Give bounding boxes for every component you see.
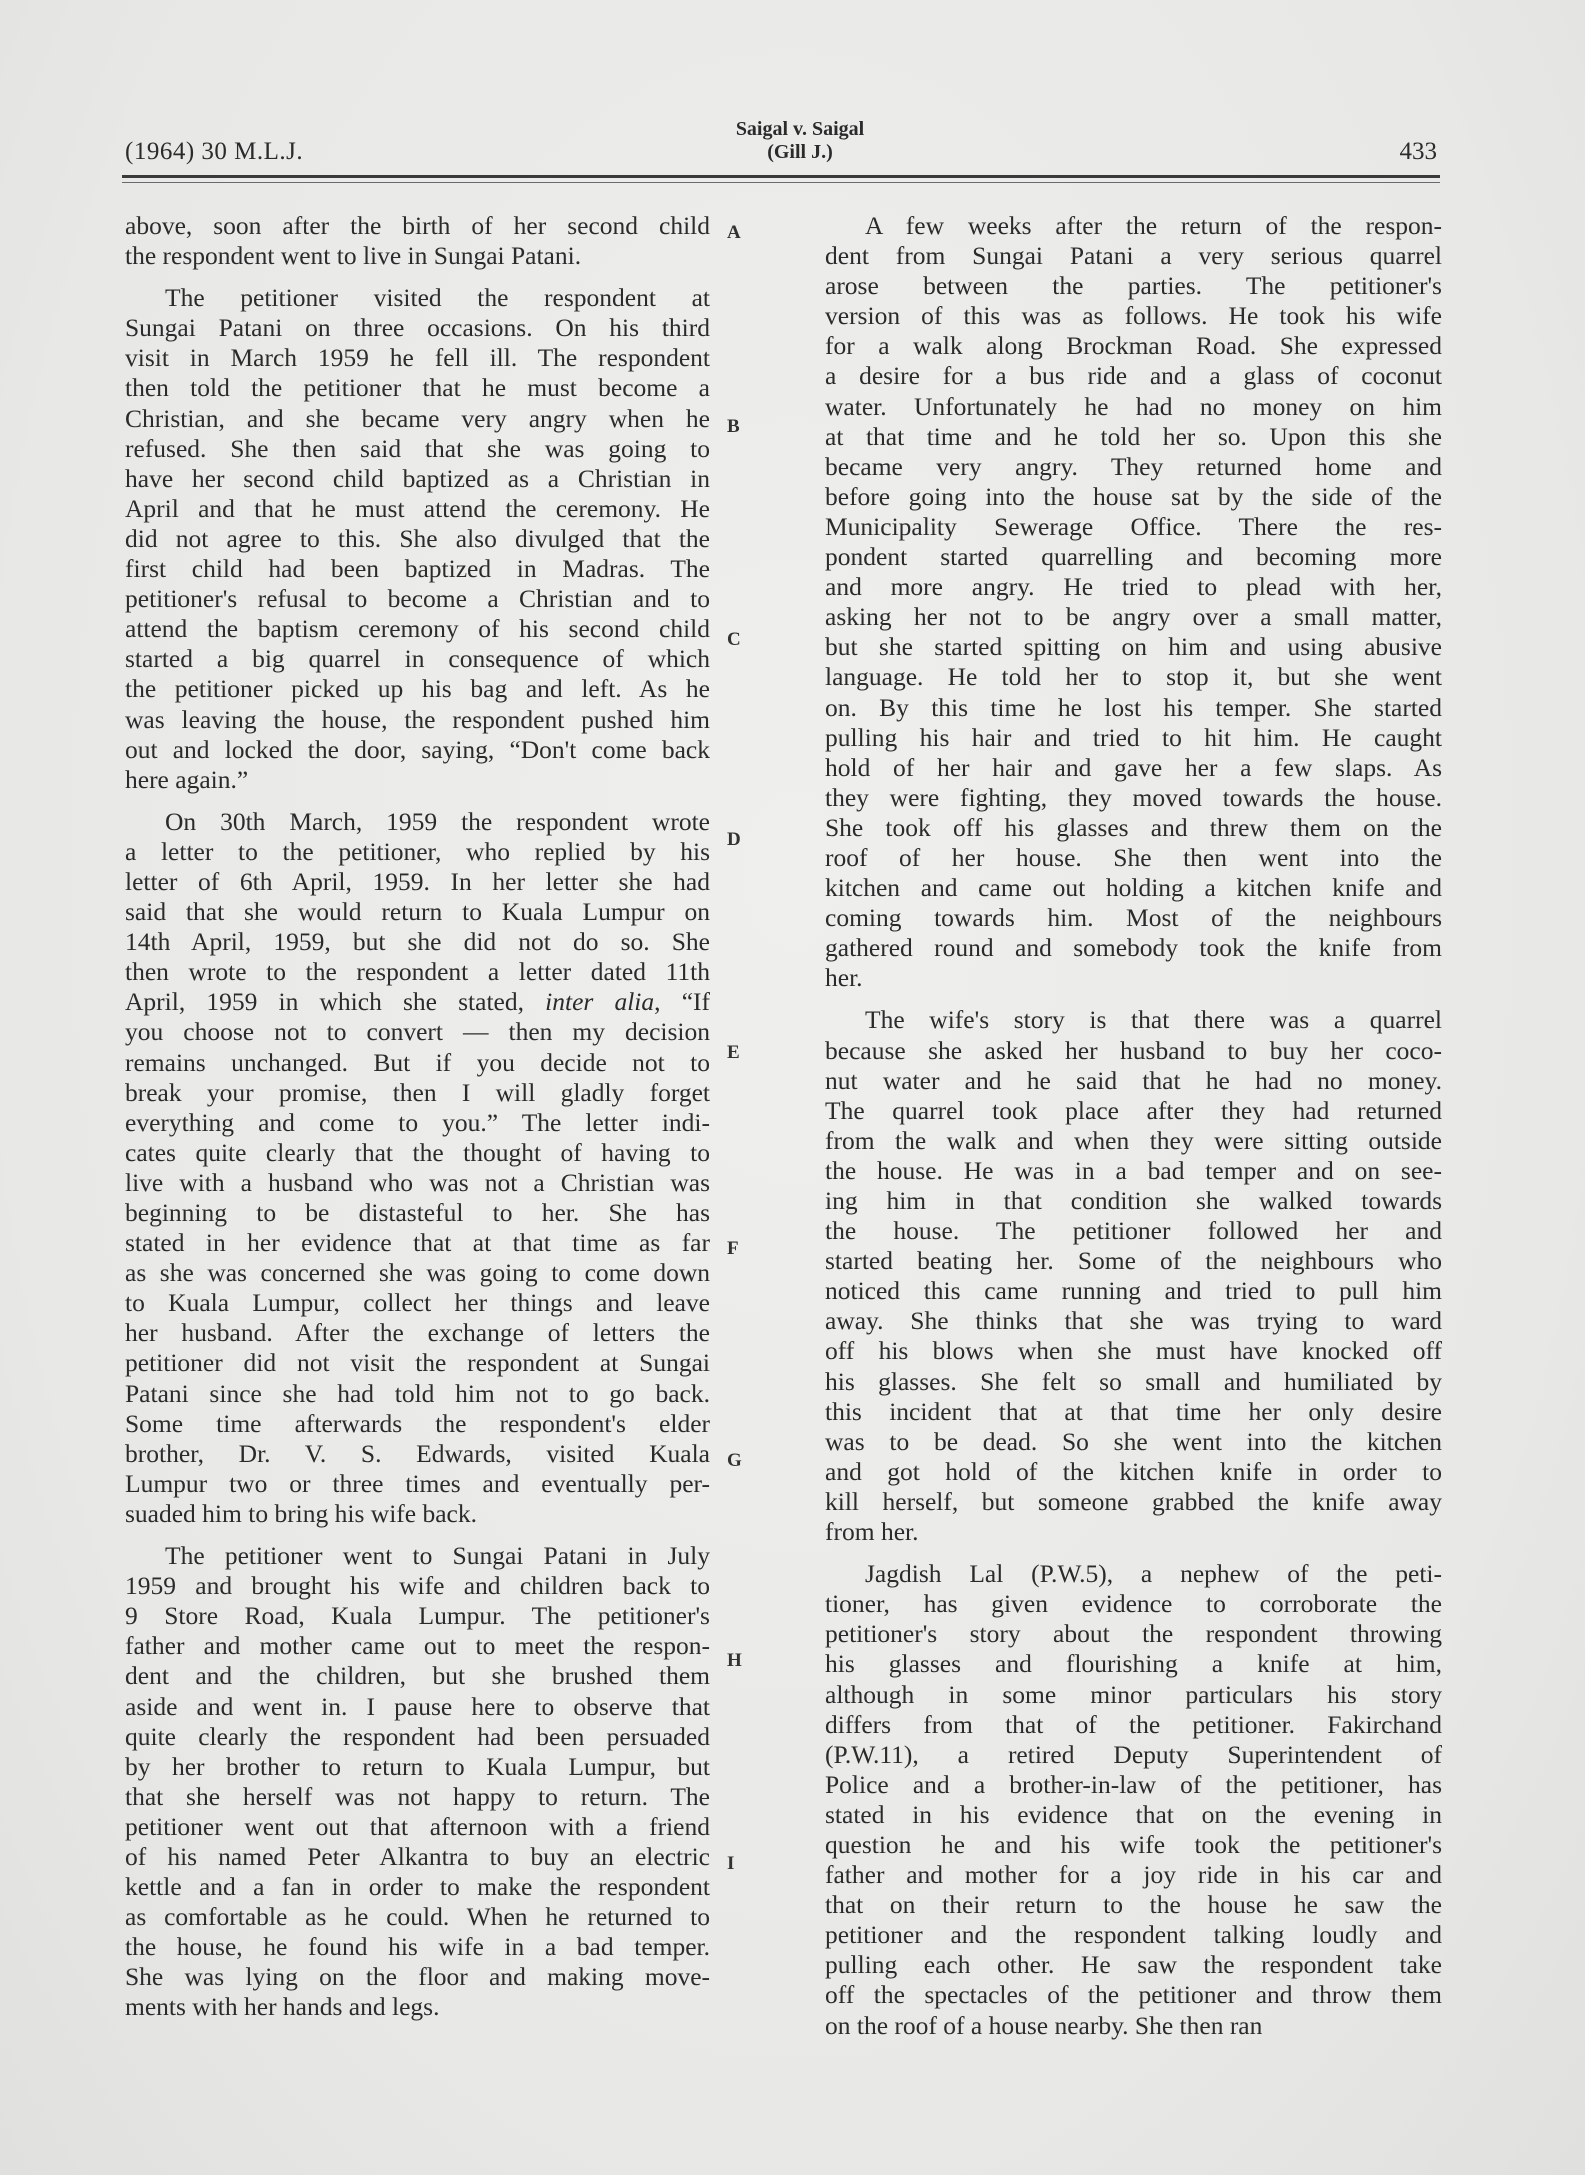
text-line: pulling his hair and tried to hit him. H… xyxy=(825,723,1442,753)
text-line: out and locked the door, saying, “Don't … xyxy=(125,735,710,765)
text-line: version of this was as follows. He took … xyxy=(825,301,1442,331)
text-line: away. She thinks that she was trying to … xyxy=(825,1306,1442,1336)
text-line: brother, Dr. V. S. Edwards, visited Kual… xyxy=(125,1439,710,1469)
text-line: have her second child baptized as a Chri… xyxy=(125,464,710,494)
text-line: language. He told her to stop it, but sh… xyxy=(825,662,1442,692)
text-line: asking her not to be angry over a small … xyxy=(825,602,1442,632)
text-line: was leaving the house, the respondent pu… xyxy=(125,705,710,735)
text-line: noticed this came running and tried to p… xyxy=(825,1276,1442,1306)
text-line: before going into the house sat by the s… xyxy=(825,482,1442,512)
text-line: off the spectacles of the petitioner and… xyxy=(825,1980,1442,2010)
text-line: stated in his evidence that on the eveni… xyxy=(825,1800,1442,1830)
text-line: hold of her hair and gave her a few slap… xyxy=(825,753,1442,783)
text-line: kill herself, but someone grabbed the kn… xyxy=(825,1487,1442,1517)
document-page: (1964) 30 M.L.J. Saigal v. Saigal (Gill … xyxy=(0,0,1585,2175)
text-line: petitioner's story about the respondent … xyxy=(825,1619,1442,1649)
text-line: aside and went in. I pause here to obser… xyxy=(125,1692,710,1722)
right-column: A few weeks after the return of the resp… xyxy=(825,211,1442,2041)
paragraph: The wife's story is that there was a qua… xyxy=(825,1005,1442,1547)
text-line: The petitioner visited the respondent at xyxy=(125,283,710,313)
text-line: break your promise, then I will gladly f… xyxy=(125,1078,710,1108)
text-line: pulling each other. He saw the responden… xyxy=(825,1950,1442,1980)
running-head-title: Saigal v. Saigal (Gill J.) xyxy=(600,118,1000,164)
text-line: kettle and a fan in order to make the re… xyxy=(125,1872,710,1902)
text-line: differs from that of the petitioner. Fak… xyxy=(825,1710,1442,1740)
text-line: refused. She then said that she was goin… xyxy=(125,434,710,464)
text-line: 9 Store Road, Kuala Lumpur. The petition… xyxy=(125,1601,710,1631)
text-line: Some time afterwards the respondent's el… xyxy=(125,1409,710,1439)
margin-letter-e: E xyxy=(727,1042,740,1064)
text-line: April and that he must attend the ceremo… xyxy=(125,494,710,524)
text-line: She took off his glasses and threw them … xyxy=(825,813,1442,843)
margin-letter-c: C xyxy=(727,629,741,651)
paragraph: The petitioner visited the respondent at… xyxy=(125,283,710,795)
text-line: dent from Sungai Patani a very serious q… xyxy=(825,241,1442,271)
text-line: letter of 6th April, 1959. In her letter… xyxy=(125,867,710,897)
text-line: to Kuala Lumpur, collect her things and … xyxy=(125,1288,710,1318)
paragraph-gap xyxy=(125,795,710,807)
text-line: remains unchanged. But if you decide not… xyxy=(125,1048,710,1078)
text-line: coming towards him. Most of the neighbou… xyxy=(825,903,1442,933)
text-line: the house. The petitioner followed her a… xyxy=(825,1216,1442,1246)
text-line: you choose not to convert — then my deci… xyxy=(125,1017,710,1047)
text-line: the house. He was in a bad temper and on… xyxy=(825,1156,1442,1186)
text-line: at that time and he told her so. Upon th… xyxy=(825,422,1442,452)
paragraph: A few weeks after the return of the resp… xyxy=(825,211,1442,993)
left-column: above, soon after the birth of her secon… xyxy=(125,211,710,2023)
text-line: father and mother came out to meet the r… xyxy=(125,1631,710,1661)
margin-letter-f: F xyxy=(727,1238,739,1260)
text-line: then told the petitioner that he must be… xyxy=(125,373,710,403)
header-rule-thin xyxy=(122,182,1440,183)
text-line: petitioner did not visit the respondent … xyxy=(125,1348,710,1378)
text-line: stated in her evidence that at that time… xyxy=(125,1228,710,1258)
text-line: tioner, has given evidence to corroborat… xyxy=(825,1589,1442,1619)
text-line: on. By this time he lost his temper. She… xyxy=(825,693,1442,723)
text-line: that she herself was not happy to return… xyxy=(125,1782,710,1812)
text-line: became very angry. They returned home an… xyxy=(825,452,1442,482)
judge-name: (Gill J.) xyxy=(600,141,1000,164)
text-line: for a walk along Brockman Road. She expr… xyxy=(825,331,1442,361)
text-line: dent and the children, but she brushed t… xyxy=(125,1661,710,1691)
paragraph: On 30th March, 1959 the respondent wrote… xyxy=(125,807,710,1529)
paragraph-gap xyxy=(825,1547,1442,1559)
text-line: by her brother to return to Kuala Lumpur… xyxy=(125,1752,710,1782)
text-line: although in some minor particulars his s… xyxy=(825,1680,1442,1710)
text-line: everything and come to you.” The letter … xyxy=(125,1108,710,1138)
text-line: roof of her house. She then went into th… xyxy=(825,843,1442,873)
text-line: did not agree to this. She also divulged… xyxy=(125,524,710,554)
text-line: father and mother for a joy ride in his … xyxy=(825,1860,1442,1890)
text-line: but she started spitting on him and usin… xyxy=(825,632,1442,662)
text-line: petitioner and the respondent talking lo… xyxy=(825,1920,1442,1950)
margin-letter-i: I xyxy=(727,1853,734,1875)
text-line: beginning to be distasteful to her. She … xyxy=(125,1198,710,1228)
text-line: on the roof of a house nearby. She then … xyxy=(825,2011,1442,2041)
text-line: was to be dead. So she went into the kit… xyxy=(825,1427,1442,1457)
text-line: the house, he found his wife in a bad te… xyxy=(125,1932,710,1962)
text-line: 14th April, 1959, but she did not do so.… xyxy=(125,927,710,957)
text-line: April, 1959 in which she stated, inter a… xyxy=(125,987,710,1017)
text-line: above, soon after the birth of her secon… xyxy=(125,211,710,241)
text-line: a desire for a bus ride and a glass of c… xyxy=(825,361,1442,391)
paragraph-gap xyxy=(125,1529,710,1541)
text-line: started beating her. Some of the neighbo… xyxy=(825,1246,1442,1276)
text-line: they were fighting, they moved towards t… xyxy=(825,783,1442,813)
text-line: The wife's story is that there was a qua… xyxy=(825,1005,1442,1035)
margin-letter-b: B xyxy=(727,416,740,438)
text-line: and more angry. He tried to plead with h… xyxy=(825,572,1442,602)
text-line: quite clearly the respondent had been pe… xyxy=(125,1722,710,1752)
margin-letter-h: H xyxy=(727,1650,742,1672)
text-line: Jagdish Lal (P.W.5), a nephew of the pet… xyxy=(825,1559,1442,1589)
text-line: Lumpur two or three times and eventually… xyxy=(125,1469,710,1499)
text-line: that on their return to the house he saw… xyxy=(825,1890,1442,1920)
paragraph-gap xyxy=(825,993,1442,1005)
text-line: off his blows when she must have knocked… xyxy=(825,1336,1442,1366)
text-line: question he and his wife took the petiti… xyxy=(825,1830,1442,1860)
text-line: as she was concerned she was going to co… xyxy=(125,1258,710,1288)
text-line: Christian, and she became very angry whe… xyxy=(125,404,710,434)
page-number: 433 xyxy=(1400,138,1438,166)
text-line: arose between the parties. The petitione… xyxy=(825,271,1442,301)
text-line: as comfortable as he could. When he retu… xyxy=(125,1902,710,1932)
text-line: (P.W.11), a retired Deputy Superintenden… xyxy=(825,1740,1442,1770)
margin-letter-d: D xyxy=(727,829,741,851)
text-line: live with a husband who was not a Christ… xyxy=(125,1168,710,1198)
text-line: Police and a brother-in-law of the petit… xyxy=(825,1770,1442,1800)
text-line: The petitioner went to Sungai Patani in … xyxy=(125,1541,710,1571)
text-line: said that she would return to Kuala Lump… xyxy=(125,897,710,927)
text-line: her husband. After the exchange of lette… xyxy=(125,1318,710,1348)
text-line: started a big quarrel in consequence of … xyxy=(125,644,710,674)
header-rule-thick xyxy=(122,175,1440,178)
text-line: his glasses. She felt so small and humil… xyxy=(825,1367,1442,1397)
text-line: ments with her hands and legs. xyxy=(125,1992,710,2022)
text-line: this incident that at that time her only… xyxy=(825,1397,1442,1427)
text-line: nut water and he said that he had no mon… xyxy=(825,1066,1442,1096)
text-line: then wrote to the respondent a letter da… xyxy=(125,957,710,987)
text-line: petitioner went out that afternoon with … xyxy=(125,1812,710,1842)
text-line: 1959 and brought his wife and children b… xyxy=(125,1571,710,1601)
text-line: On 30th March, 1959 the respondent wrote xyxy=(125,807,710,837)
text-line: a letter to the petitioner, who replied … xyxy=(125,837,710,867)
text-line: the petitioner picked up his bag and lef… xyxy=(125,674,710,704)
text-line: from her. xyxy=(825,1517,1442,1547)
paragraph: above, soon after the birth of her secon… xyxy=(125,211,710,271)
paragraph: The petitioner went to Sungai Patani in … xyxy=(125,1541,710,2023)
text-line: water. Unfortunately he had no money on … xyxy=(825,392,1442,422)
text-line: here again.” xyxy=(125,765,710,795)
text-line: petitioner's refusal to become a Christi… xyxy=(125,584,710,614)
paragraph-gap xyxy=(125,271,710,283)
text-line: her. xyxy=(825,963,1442,993)
running-head-citation: (1964) 30 M.L.J. xyxy=(125,138,303,166)
text-line: cates quite clearly that the thought of … xyxy=(125,1138,710,1168)
text-line: Patani since she had told him not to go … xyxy=(125,1379,710,1409)
text-line: from the walk and when they were sitting… xyxy=(825,1126,1442,1156)
text-line: visit in March 1959 he fell ill. The res… xyxy=(125,343,710,373)
text-line: She was lying on the floor and making mo… xyxy=(125,1962,710,1992)
case-title: Saigal v. Saigal xyxy=(600,118,1000,141)
text-line: ing him in that condition she walked tow… xyxy=(825,1186,1442,1216)
text-line: his glasses and flourishing a knife at h… xyxy=(825,1649,1442,1679)
text-line: pondent started quarrelling and becoming… xyxy=(825,542,1442,572)
margin-letter-a: A xyxy=(727,222,741,244)
text-line: attend the baptism ceremony of his secon… xyxy=(125,614,710,644)
text-line: suaded him to bring his wife back. xyxy=(125,1499,710,1529)
margin-letter-g: G xyxy=(727,1450,742,1472)
text-line: because she asked her husband to buy her… xyxy=(825,1036,1442,1066)
text-line: Municipality Sewerage Office. There the … xyxy=(825,512,1442,542)
text-line: of his named Peter Alkantra to buy an el… xyxy=(125,1842,710,1872)
paragraph: Jagdish Lal (P.W.5), a nephew of the pet… xyxy=(825,1559,1442,2041)
text-line: kitchen and came out holding a kitchen k… xyxy=(825,873,1442,903)
text-line: the respondent went to live in Sungai Pa… xyxy=(125,241,710,271)
text-line: The quarrel took place after they had re… xyxy=(825,1096,1442,1126)
text-line: and got hold of the kitchen knife in ord… xyxy=(825,1457,1442,1487)
text-line: A few weeks after the return of the resp… xyxy=(825,211,1442,241)
text-line: gathered round and somebody took the kni… xyxy=(825,933,1442,963)
text-line: Sungai Patani on three occasions. On his… xyxy=(125,313,710,343)
text-line: first child had been baptized in Madras.… xyxy=(125,554,710,584)
